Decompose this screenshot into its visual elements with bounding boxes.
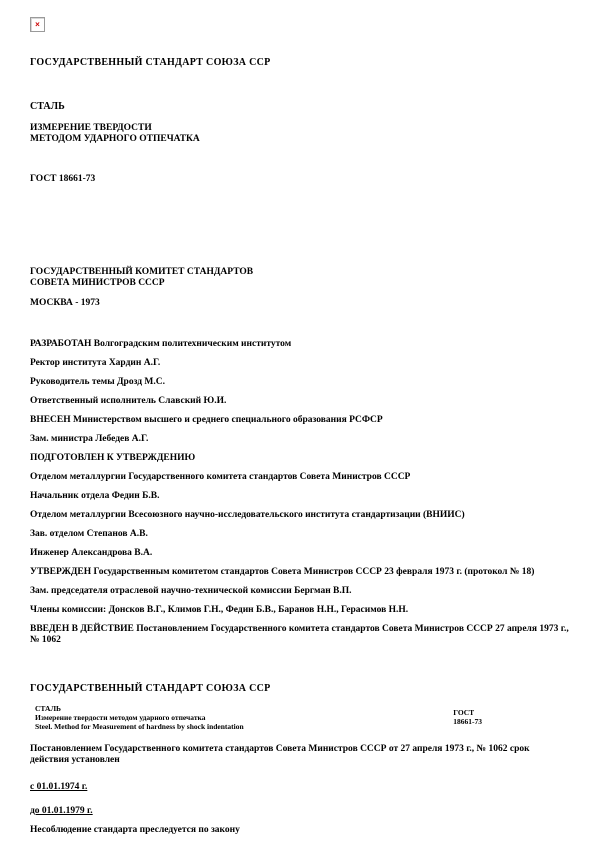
title-block-en-title: Steel. Method for Measurement of hardnes… <box>35 722 244 731</box>
paragraph-vniis-dept: Отделом металлургии Всесоюзного научно-и… <box>30 510 570 521</box>
standard-union-header-2: ГОСУДАРСТВЕННЫЙ СТАНДАРТ СОЮЗА ССР <box>30 683 570 694</box>
title-block-gost-number: 18661-73 <box>453 717 482 726</box>
gost-number: ГОСТ 18661-73 <box>30 174 570 185</box>
broken-image-icon: × <box>30 17 45 32</box>
committee-line-2: СОВЕТА МИНИСТРОВ СССР <box>30 278 570 289</box>
paragraph-commission-members: Члены комиссии: Донсков В.Г., Климов Г.Н… <box>30 605 570 616</box>
preamble-paragraphs: РАЗРАБОТАН Волгоградским политехническим… <box>30 339 570 646</box>
committee-line-1: ГОСУДАРСТВЕННЫЙ КОМИТЕТ СТАНДАРТОВ <box>30 267 570 278</box>
paragraph-engineer: Инженер Александрова В.А. <box>30 548 570 559</box>
subtitle-line-2: МЕТОДОМ УДАРНОГО ОТПЕЧАТКА <box>30 134 570 145</box>
paragraph-dept-chief: Зав. отделом Степанов А.В. <box>30 529 570 540</box>
broken-image-x-icon: × <box>35 21 40 29</box>
city-year: МОСКВА - 1973 <box>30 298 570 309</box>
standard-union-header: ГОСУДАРСТВЕННЫЙ СТАНДАРТ СОЮЗА ССР <box>30 57 570 68</box>
paragraph-topic-lead: Руководитель темы Дрозд М.С. <box>30 377 570 388</box>
paragraph-deputy-minister: Зам. министра Лебедев А.Г. <box>30 434 570 445</box>
title-block-ru-subtitle: Измерение твердости методом ударного отп… <box>35 713 244 722</box>
document-title: СТАЛЬ <box>30 101 570 112</box>
paragraph-prepared: ПОДГОТОВЛЕН К УТВЕРЖДЕНИЮ <box>30 453 570 464</box>
paragraph-submitted: ВНЕСЕН Министерством высшего и среднего … <box>30 415 570 426</box>
document-page: × ГОСУДАРСТВЕННЫЙ СТАНДАРТ СОЮЗА ССР СТА… <box>0 0 595 842</box>
paragraph-executor: Ответственный исполнитель Славский Ю.И. <box>30 396 570 407</box>
committee-block: ГОСУДАРСТВЕННЫЙ КОМИТЕТ СТАНДАРТОВ СОВЕТ… <box>30 267 570 289</box>
paragraph-commission-deputy: Зам. председателя отраслевой научно-техн… <box>30 586 570 597</box>
standard-title-block: СТАЛЬ Измерение твердости методом ударно… <box>30 704 570 731</box>
paragraph-approved: УТВЕРЖДЕН Государственным комитетом стан… <box>30 567 570 578</box>
paragraph-developed: РАЗРАБОТАН Волгоградским политехническим… <box>30 339 570 350</box>
law-notice: Несоблюдение стандарта преследуется по з… <box>30 825 570 836</box>
title-block-ru-title: СТАЛЬ <box>35 704 244 713</box>
valid-to-date: до 01.01.1979 г. <box>30 806 570 817</box>
paragraph-put-into-effect: ВВЕДЕН В ДЕЙСТВИЕ Постановлением Государ… <box>30 624 570 646</box>
title-block-gost-label: ГОСТ <box>453 708 482 717</box>
title-block-names: СТАЛЬ Измерение твердости методом ударно… <box>35 704 244 731</box>
paragraph-metallurgy-dept: Отделом металлургии Государственного ком… <box>30 472 570 483</box>
paragraph-dept-head: Начальник отдела Федин Б.В. <box>30 491 570 502</box>
paragraph-rector: Ректор института Хардин А.Г. <box>30 358 570 369</box>
document-subtitle: ИЗМЕРЕНИЕ ТВЕРДОСТИ МЕТОДОМ УДАРНОГО ОТП… <box>30 123 570 145</box>
title-block-gost-cell: ГОСТ 18661-73 <box>453 708 482 726</box>
valid-from-date: с 01.01.1974 г. <box>30 782 570 793</box>
validity-intro: Постановлением Государственного комитета… <box>30 744 570 766</box>
subtitle-line-1: ИЗМЕРЕНИЕ ТВЕРДОСТИ <box>30 123 570 134</box>
